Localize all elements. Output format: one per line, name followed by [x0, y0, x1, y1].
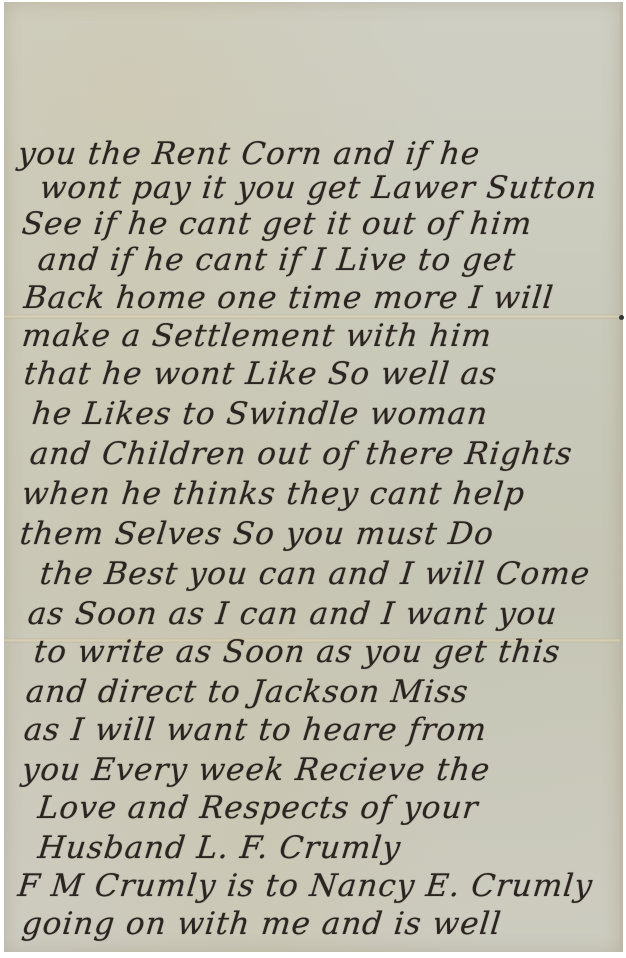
letter-line: and direct to Jackson Miss	[24, 674, 470, 710]
letter-line: when he thinks they cant help	[20, 476, 527, 512]
letter-line: and Children out of there Rights	[28, 436, 574, 472]
letter-line: going on with me and is well	[20, 906, 503, 942]
letter-line: See if he cant get it out of him	[20, 206, 534, 242]
letter-line: you the Rent Corn and if he	[16, 136, 482, 172]
edge-ink-mark	[619, 315, 624, 320]
letter-line: that he wont Like So well as	[22, 356, 499, 392]
letter-line: them Selves So you must Do	[18, 516, 496, 552]
letter-line: he Likes to Swindle woman	[30, 396, 490, 432]
letter-line: F M Crumly is to Nancy E. Crumly	[16, 868, 595, 904]
letter-line: as I will want to heare from	[22, 712, 489, 748]
letter-line: Back home one time more I will	[22, 280, 556, 316]
letter-signature-line: Husband L. F. Crumly	[36, 830, 403, 866]
letter-page: you the Rent Corn and if he wont pay it …	[4, 2, 623, 952]
letter-line: as Soon as I can and I want you	[26, 596, 559, 632]
letter-line: make a Settlement with him	[20, 318, 494, 354]
letter-line: to write as Soon as you get this	[32, 634, 562, 670]
letter-line: Love and Respects of your	[36, 790, 480, 826]
letter-line: and if he cant if I Live to get	[36, 242, 518, 278]
letter-line: the Best you can and I will Come	[38, 556, 592, 592]
letter-line: you Every week Recieve the	[20, 752, 492, 788]
letter-line: wont pay it you get Lawer Sutton	[38, 170, 599, 206]
